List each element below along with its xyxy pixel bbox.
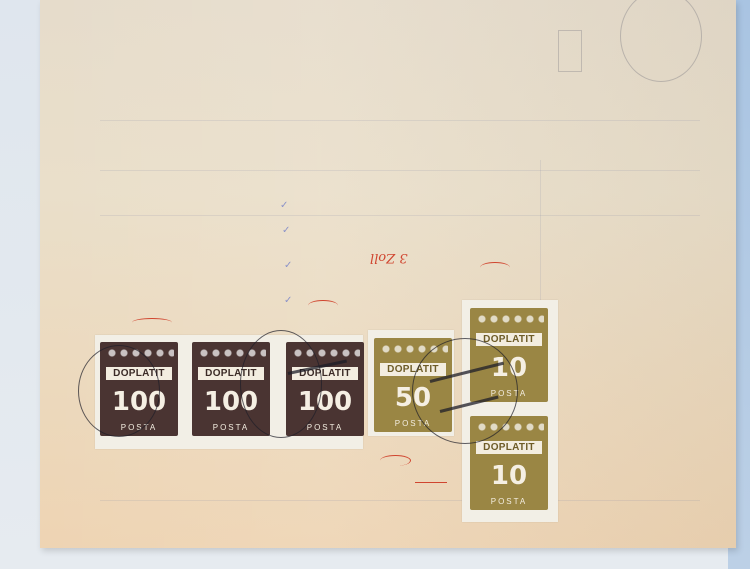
stamp-value: 10 bbox=[491, 462, 527, 490]
stamp-footer: POSTA bbox=[307, 423, 344, 432]
stamp-footer: POSTA bbox=[491, 497, 528, 506]
blue-tick: ✓ bbox=[282, 225, 290, 236]
ruled-line bbox=[100, 500, 700, 501]
faint-postmark bbox=[620, 0, 702, 82]
stamp-label: DOPLATIT bbox=[476, 441, 542, 454]
ruled-line bbox=[100, 215, 700, 216]
cancellation-postmark bbox=[240, 330, 322, 438]
red-pencil-mark bbox=[132, 318, 172, 327]
document-paper: 3 Zoll ✓ ✓ ✓ ✓ bbox=[40, 0, 736, 548]
red-pencil-mark bbox=[480, 262, 510, 273]
cancellation-postmark bbox=[412, 338, 518, 444]
red-pencil-mark bbox=[308, 300, 338, 311]
blue-tick: ✓ bbox=[284, 260, 292, 271]
faint-stamp-mark bbox=[558, 30, 582, 72]
cancellation-postmark bbox=[78, 345, 160, 437]
stamp-ornament bbox=[474, 312, 544, 326]
blue-tick: ✓ bbox=[280, 200, 288, 211]
ruled-line bbox=[100, 170, 700, 171]
handwritten-note: 3 Zoll bbox=[370, 250, 408, 265]
red-pencil-mark bbox=[415, 482, 447, 483]
ruled-line bbox=[100, 120, 700, 121]
red-pencil-mark bbox=[380, 455, 411, 466]
stamp-footer: POSTA bbox=[213, 423, 250, 432]
blue-tick: ✓ bbox=[284, 295, 292, 306]
